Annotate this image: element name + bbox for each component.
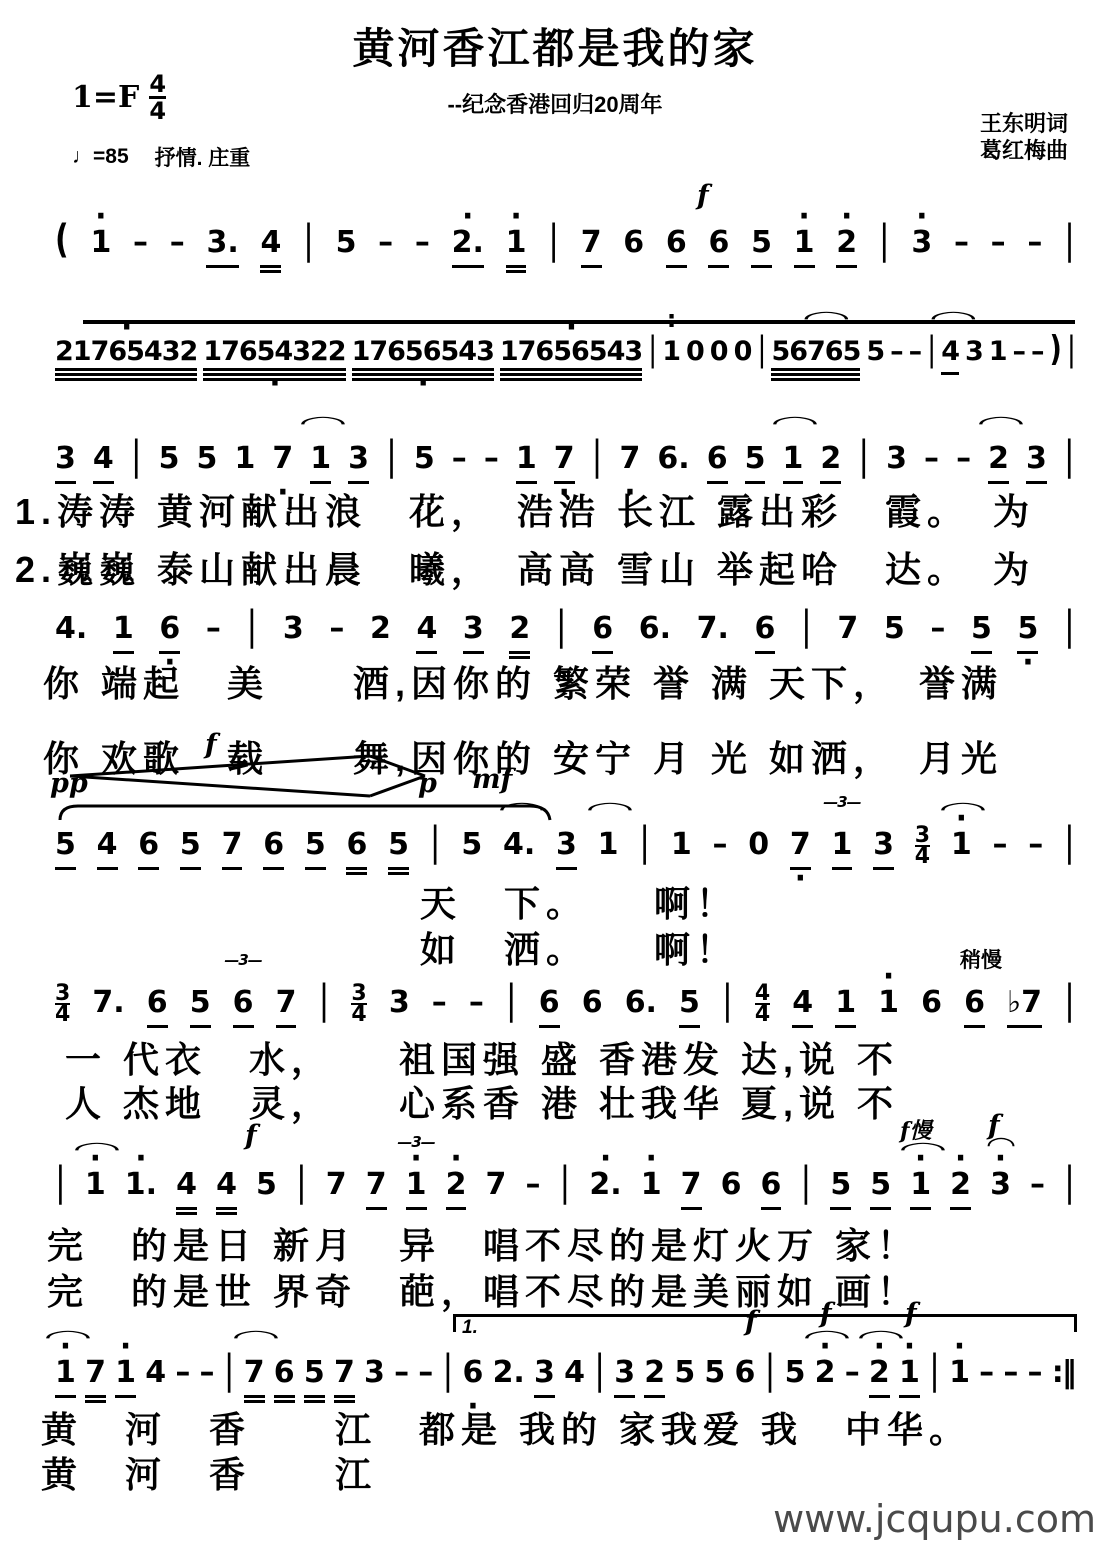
note-token: 5 (414, 441, 435, 490)
time-signature-denominator: 4 (149, 96, 166, 123)
note-token: 1 (878, 985, 899, 1034)
note-token: 1 (506, 225, 527, 274)
note-token: 6 (755, 611, 776, 660)
barline: | (800, 1158, 811, 1223)
note-token: 5 (745, 441, 766, 490)
dynamic-marking: 稍慢 (960, 944, 1002, 974)
note-token: 7 (326, 1167, 347, 1216)
note-token: – (469, 985, 484, 1034)
note-token: – (394, 1355, 409, 1404)
note-token: 1. (125, 1167, 157, 1216)
notation-row: 4.16–|3–2432|66.7.6|75–55| (55, 608, 1075, 660)
note-token: – (170, 225, 185, 274)
lyrics-verse-1: 你 端起 美 酒,因你的 繁荣 誉 满 天下， 誉满 (43, 656, 1003, 707)
barline: | (303, 216, 314, 281)
lyricist-credit: 王东明词 (980, 110, 1068, 137)
key-signature: 1=F 4 4 (72, 72, 166, 123)
note-token: 1 (598, 827, 619, 876)
note-token: 3 (55, 441, 76, 490)
song-subtitle: --纪念香港回归20周年 (0, 88, 1110, 119)
key-label: 1=F (72, 80, 139, 115)
sheet-music-page: 黄河香江都是我的家 --纪念香港回归20周年 1=F 4 4 ♩=85 抒情. … (0, 0, 1110, 1547)
note-token: 34 (915, 826, 930, 876)
time-signature: 4 4 (149, 72, 166, 123)
notation-row: 546576565|54.31|1–0713341––| (55, 824, 1075, 876)
barline: | (55, 1158, 66, 1223)
note-token: 2 (509, 611, 530, 660)
site-watermark: www.jcqupu.com (773, 1497, 1096, 1541)
dynamic-marking: f (697, 180, 709, 211)
barline: | (722, 976, 733, 1041)
note-token: – (1013, 336, 1026, 381)
volta-label: 1. (462, 1317, 478, 1339)
note-token: 4 (792, 985, 813, 1034)
note-token: 5 (1017, 611, 1038, 660)
note-token: 6 (964, 985, 985, 1034)
note-token: 6 (147, 985, 168, 1034)
note-token: 1 (113, 611, 134, 660)
note-token: 7 (581, 225, 602, 274)
note-token: 6 (708, 225, 729, 274)
phrase-line (83, 320, 1075, 324)
note-token: 7 (276, 985, 297, 1034)
note-token: 6. (639, 611, 671, 660)
note-token: – (1028, 1355, 1043, 1404)
music-system-7: |11.445|77127–|2.1766|55123–| 完 的是日 新月 异… (55, 1164, 1075, 1216)
note-token: 5 (461, 827, 482, 876)
barline: | (1064, 432, 1075, 497)
barline: | (927, 330, 935, 386)
note-token: 0 (710, 336, 728, 381)
note-token: 6 (761, 1167, 782, 1216)
note-token: 2 (988, 441, 1009, 490)
note-token: 21765432 (55, 336, 197, 381)
note-token: – (979, 1355, 994, 1404)
note-token: 6 (592, 611, 613, 660)
note-token: 6 (138, 827, 159, 876)
note-token: – (484, 441, 499, 490)
lyrics-verse-1: 1.涛涛 黄河献出浪 花， 浩浩 长江 露出彩 霞。 为 (15, 484, 1035, 535)
credits: 王东明词 葛红梅曲 (980, 110, 1068, 164)
note-token: – (924, 441, 939, 490)
note-token: – (206, 611, 221, 660)
note-token: – (525, 1167, 540, 1216)
note-token: 3 (389, 985, 410, 1034)
note-token: 7 (334, 1355, 355, 1404)
note-token: 7 (244, 1355, 265, 1404)
note-token: 4 (145, 1355, 166, 1404)
note-token: 1 (910, 1167, 931, 1216)
note-token: 7 (554, 441, 575, 490)
barline: | (296, 1158, 307, 1223)
note-token: – (418, 1355, 433, 1404)
note-token: 6 (274, 1355, 295, 1404)
notation-row: (1––3.4|5––2.1|7666512|3–––| (55, 222, 1075, 274)
note-token: 4 (564, 1355, 585, 1404)
dynamic-marking: pp (50, 768, 88, 799)
note-token: 4. (55, 611, 87, 660)
note-token: 3 (614, 1355, 635, 1404)
note-token: 5 (388, 827, 409, 876)
note-token: ) (1050, 329, 1061, 388)
note-token: – (200, 1355, 215, 1404)
note-token: 5 (180, 827, 201, 876)
barline: | (879, 216, 890, 281)
note-token: 3 (283, 611, 304, 660)
note-token: 6. (625, 985, 657, 1034)
music-system-4: 4.16–|3–2432|66.7.6|75–55| 你 端起 美 酒,因你的 … (55, 608, 1075, 660)
note-token: 1 (90, 225, 111, 274)
note-token: 5 (870, 1167, 891, 1216)
note-token: 1 (832, 827, 853, 876)
barline: | (319, 976, 330, 1041)
note-token: 4 (216, 1167, 237, 1216)
note-token: 7 (486, 1167, 507, 1216)
music-system-3: 34|551713|5––17|76.6512|3––23| 1.涛涛 黄河献出… (55, 438, 1075, 490)
note-token: – (452, 441, 467, 490)
note-token: 3 (556, 827, 577, 876)
note-token: 7. (697, 611, 729, 660)
note-token: 3 (886, 441, 907, 490)
note-token: – (956, 441, 971, 490)
note-token: – (890, 336, 903, 381)
note-token: 5 (785, 1355, 806, 1404)
note-token: – (175, 1355, 190, 1404)
note-token: 1 (662, 336, 680, 381)
note-token: :‖ (1052, 1355, 1075, 1404)
note-token: – (954, 225, 969, 274)
note-token: 1 (671, 827, 692, 876)
note-token: 5 (679, 985, 700, 1034)
note-token: 1 (835, 985, 856, 1034)
note-token: 6 (233, 985, 254, 1034)
note-token: 3 (463, 611, 484, 660)
note-token: 2 (370, 611, 391, 660)
note-token: 6. (657, 441, 689, 490)
note-token: 5 (830, 1167, 851, 1216)
note-token: 17656543 (352, 336, 494, 381)
dynamic-marking: p (418, 768, 437, 799)
notation-row: 21765432176543221765654317656543|1000|56… (55, 336, 1075, 381)
note-token: 7 (681, 1167, 702, 1216)
note-token: 2 (950, 1167, 971, 1216)
note-token: 6 (462, 1355, 483, 1404)
note-token: 5 (704, 1355, 725, 1404)
dynamic-marking: f (245, 1120, 257, 1151)
note-token: – (991, 225, 1006, 274)
barline: | (929, 1346, 940, 1411)
note-token: 4 (941, 336, 959, 381)
note-token: 5 (866, 336, 884, 381)
barline: | (594, 1346, 605, 1411)
notation-row: |11.445|77127–|2.1766|55123–| (55, 1164, 1075, 1216)
note-token: 6 (721, 1167, 742, 1216)
note-token: 5 (159, 441, 180, 490)
note-token: 7 (619, 441, 640, 490)
barline: | (430, 818, 441, 883)
note-token: 1 (794, 225, 815, 274)
note-token: 5 (190, 985, 211, 1034)
note-token: 4 (260, 225, 281, 274)
barline: | (506, 976, 517, 1041)
note-token: 1 (951, 827, 972, 876)
note-token: 5 (304, 1355, 325, 1404)
tempo-marking: ♩=85 (72, 145, 129, 169)
note-token: – (432, 985, 447, 1034)
note-token: 17654322 (203, 336, 345, 381)
note-token: ♭7 (1007, 985, 1042, 1034)
barline: | (639, 818, 650, 883)
dynamic-marking: f慢 (900, 1114, 931, 1145)
note-token: 2 (446, 1167, 467, 1216)
notation-row: 34|551713|5––17|76.6512|3––23| (55, 438, 1075, 490)
note-token: 1 (85, 1167, 106, 1216)
song-title: 黄河香江都是我的家 (0, 16, 1110, 76)
music-system-5: 546576565|54.31|1–0713341––| 天 下。 啊！ 如 洒… (55, 824, 1075, 876)
note-token: 4 (93, 441, 114, 490)
note-token: 1 (234, 441, 255, 490)
note-token: 34 (55, 984, 70, 1034)
barline: | (648, 330, 656, 386)
lyrics-verse-1: 黄 河 香 江 都是 我的 家我爱 我 中华。 (41, 1402, 971, 1453)
note-token: 2. (589, 1167, 621, 1216)
note-token: 3 (911, 225, 932, 274)
barline: | (1064, 216, 1075, 281)
note-token: 3 (965, 336, 983, 381)
dynamic-marking: f (820, 1298, 832, 1329)
music-system-6: 347.6567|343––|666.5|4441166♭7| 一 代衣 水， … (55, 982, 1075, 1034)
note-token: – (1031, 336, 1044, 381)
note-token: 5 (674, 1355, 695, 1404)
note-token: 6 (921, 985, 942, 1034)
lyrics-verse-2: 2.巍巍 泰山献出晨 曦， 高高 雪山 举起哈 达。 为 (15, 542, 1035, 593)
note-token: 6 (346, 827, 367, 876)
note-token: 2 (815, 1355, 836, 1404)
note-token: 44 (755, 984, 770, 1034)
notation-row: 347.6567|343––|666.5|4441166♭7| (55, 982, 1075, 1034)
lyrics-verse-2: 如 洒。 啊！ (420, 922, 738, 973)
notation-row: 1714––|76573––|62.34|32556|52–21|1–––:‖ (55, 1352, 1075, 1404)
note-token: 1 (310, 441, 331, 490)
note-token: 1 (406, 1167, 427, 1216)
note-token: 7 (222, 827, 243, 876)
barline: | (757, 330, 765, 386)
note-token: 4 (416, 611, 437, 660)
note-token: 5 (197, 441, 218, 490)
note-token: ( (55, 218, 69, 282)
note-token: 3 (348, 441, 369, 490)
lyrics-verse-1: 天 下。 啊！ (420, 876, 738, 927)
dynamic-marking: f (745, 1306, 757, 1337)
note-token: 6 (159, 611, 180, 660)
note-token: 6 (666, 225, 687, 274)
note-token: 2 (820, 441, 841, 490)
note-token: 2 (644, 1355, 665, 1404)
note-token: 5 (336, 225, 357, 274)
note-token: 2. (452, 225, 484, 274)
expression-marking: 抒情. 庄重 (155, 142, 251, 172)
note-token: 0 (686, 336, 704, 381)
barline: | (224, 1346, 235, 1411)
note-token: 5 (256, 1167, 277, 1216)
barline: | (1064, 976, 1075, 1041)
lyrics-verse-2: 人 杰地 灵， 心系香 港 壮我华 夏,说 不 (65, 1076, 899, 1127)
lyrics-verse-2: 完 的是世 界奇 葩，唱不尽的是美丽如 画！ (47, 1264, 919, 1315)
note-token: – (909, 336, 922, 381)
time-signature-numerator: 4 (149, 72, 166, 96)
note-token: 3. (206, 225, 238, 274)
note-token: 34 (351, 984, 366, 1034)
dynamic-marking: f (905, 1298, 917, 1329)
tempo-row: ♩=85 抒情. 庄重 (72, 142, 250, 172)
note-token: 3 (1026, 441, 1047, 490)
barline: | (1067, 330, 1075, 386)
note-token: 6 (735, 1355, 756, 1404)
note-token: 1 (989, 336, 1007, 381)
note-token: 6 (263, 827, 284, 876)
note-token: 5 (55, 827, 76, 876)
note-token: 2. (493, 1355, 525, 1404)
note-token: 5 (305, 827, 326, 876)
music-system-2: 21765432176543221765654317656543|1000|56… (55, 336, 1075, 381)
note-token: 3 (364, 1355, 385, 1404)
note-token: – (712, 827, 727, 876)
music-system-8: 1. 1714––|76573––|62.34|32556|52–21|1–––… (55, 1352, 1075, 1404)
barline: | (765, 1346, 776, 1411)
note-token: 5 (751, 225, 772, 274)
note-token: 1 (115, 1355, 136, 1404)
note-token: 0 (734, 336, 752, 381)
note-token: 6 (707, 441, 728, 490)
barline: | (560, 1158, 571, 1223)
note-token: 7 (837, 611, 858, 660)
note-token: 1 (783, 441, 804, 490)
note-token: – (329, 611, 344, 660)
note-token: 56765 (771, 336, 860, 381)
note-token: – (1028, 827, 1043, 876)
note-token: – (1030, 1167, 1045, 1216)
barline: | (443, 1346, 454, 1411)
note-token: 5 (971, 611, 992, 660)
note-token: 7 (85, 1355, 106, 1404)
composer-credit: 葛红梅曲 (980, 137, 1068, 164)
note-token: 2 (836, 225, 857, 274)
barline: | (1064, 818, 1075, 883)
note-token: – (378, 225, 393, 274)
note-token: 6 (539, 985, 560, 1034)
note-token: 6 (582, 985, 603, 1034)
note-token: 7 (790, 827, 811, 876)
volta-bracket: 1. (453, 1314, 1077, 1332)
note-token: 1 (516, 441, 537, 490)
note-token: – (930, 611, 945, 660)
note-token: 3 (990, 1167, 1011, 1216)
barline: | (548, 216, 559, 281)
note-token: 5 (884, 611, 905, 660)
note-token: 4 (176, 1167, 197, 1216)
lyrics-verse-1: 完 的是日 新月 异 唱不尽的是灯火万 家！ (47, 1218, 919, 1269)
note-token: 7 (272, 441, 293, 490)
note-token: 17656543 (500, 336, 642, 381)
note-token: 3 (873, 827, 894, 876)
note-token: 1 (899, 1355, 920, 1404)
note-token: 0 (748, 827, 769, 876)
note-token: 6 (623, 225, 644, 274)
note-token: 1 (641, 1167, 662, 1216)
note-token: 7. (92, 985, 124, 1034)
note-token: – (993, 827, 1008, 876)
music-system-1: (1––3.4|5––2.1|7666512|3–––| f (55, 222, 1075, 274)
dynamic-marking: mf (472, 764, 512, 795)
note-token: – (1003, 1355, 1018, 1404)
dynamic-marking: f (988, 1110, 1000, 1141)
note-token: 4. (503, 827, 535, 876)
note-token: 1 (55, 1355, 76, 1404)
note-token: 3 (534, 1355, 555, 1404)
lyrics-verse-2: 黄 河 香 江 (41, 1447, 377, 1498)
note-token: – (415, 225, 430, 274)
note-token: – (845, 1355, 860, 1404)
barline: | (1064, 1158, 1075, 1223)
note-token: – (133, 225, 148, 274)
note-token: – (1027, 225, 1042, 274)
note-token: 1 (949, 1355, 970, 1404)
barline: | (1064, 602, 1075, 667)
note-token: 4 (97, 827, 118, 876)
note-token: 2 (869, 1355, 890, 1404)
note-token: 7 (366, 1167, 387, 1216)
